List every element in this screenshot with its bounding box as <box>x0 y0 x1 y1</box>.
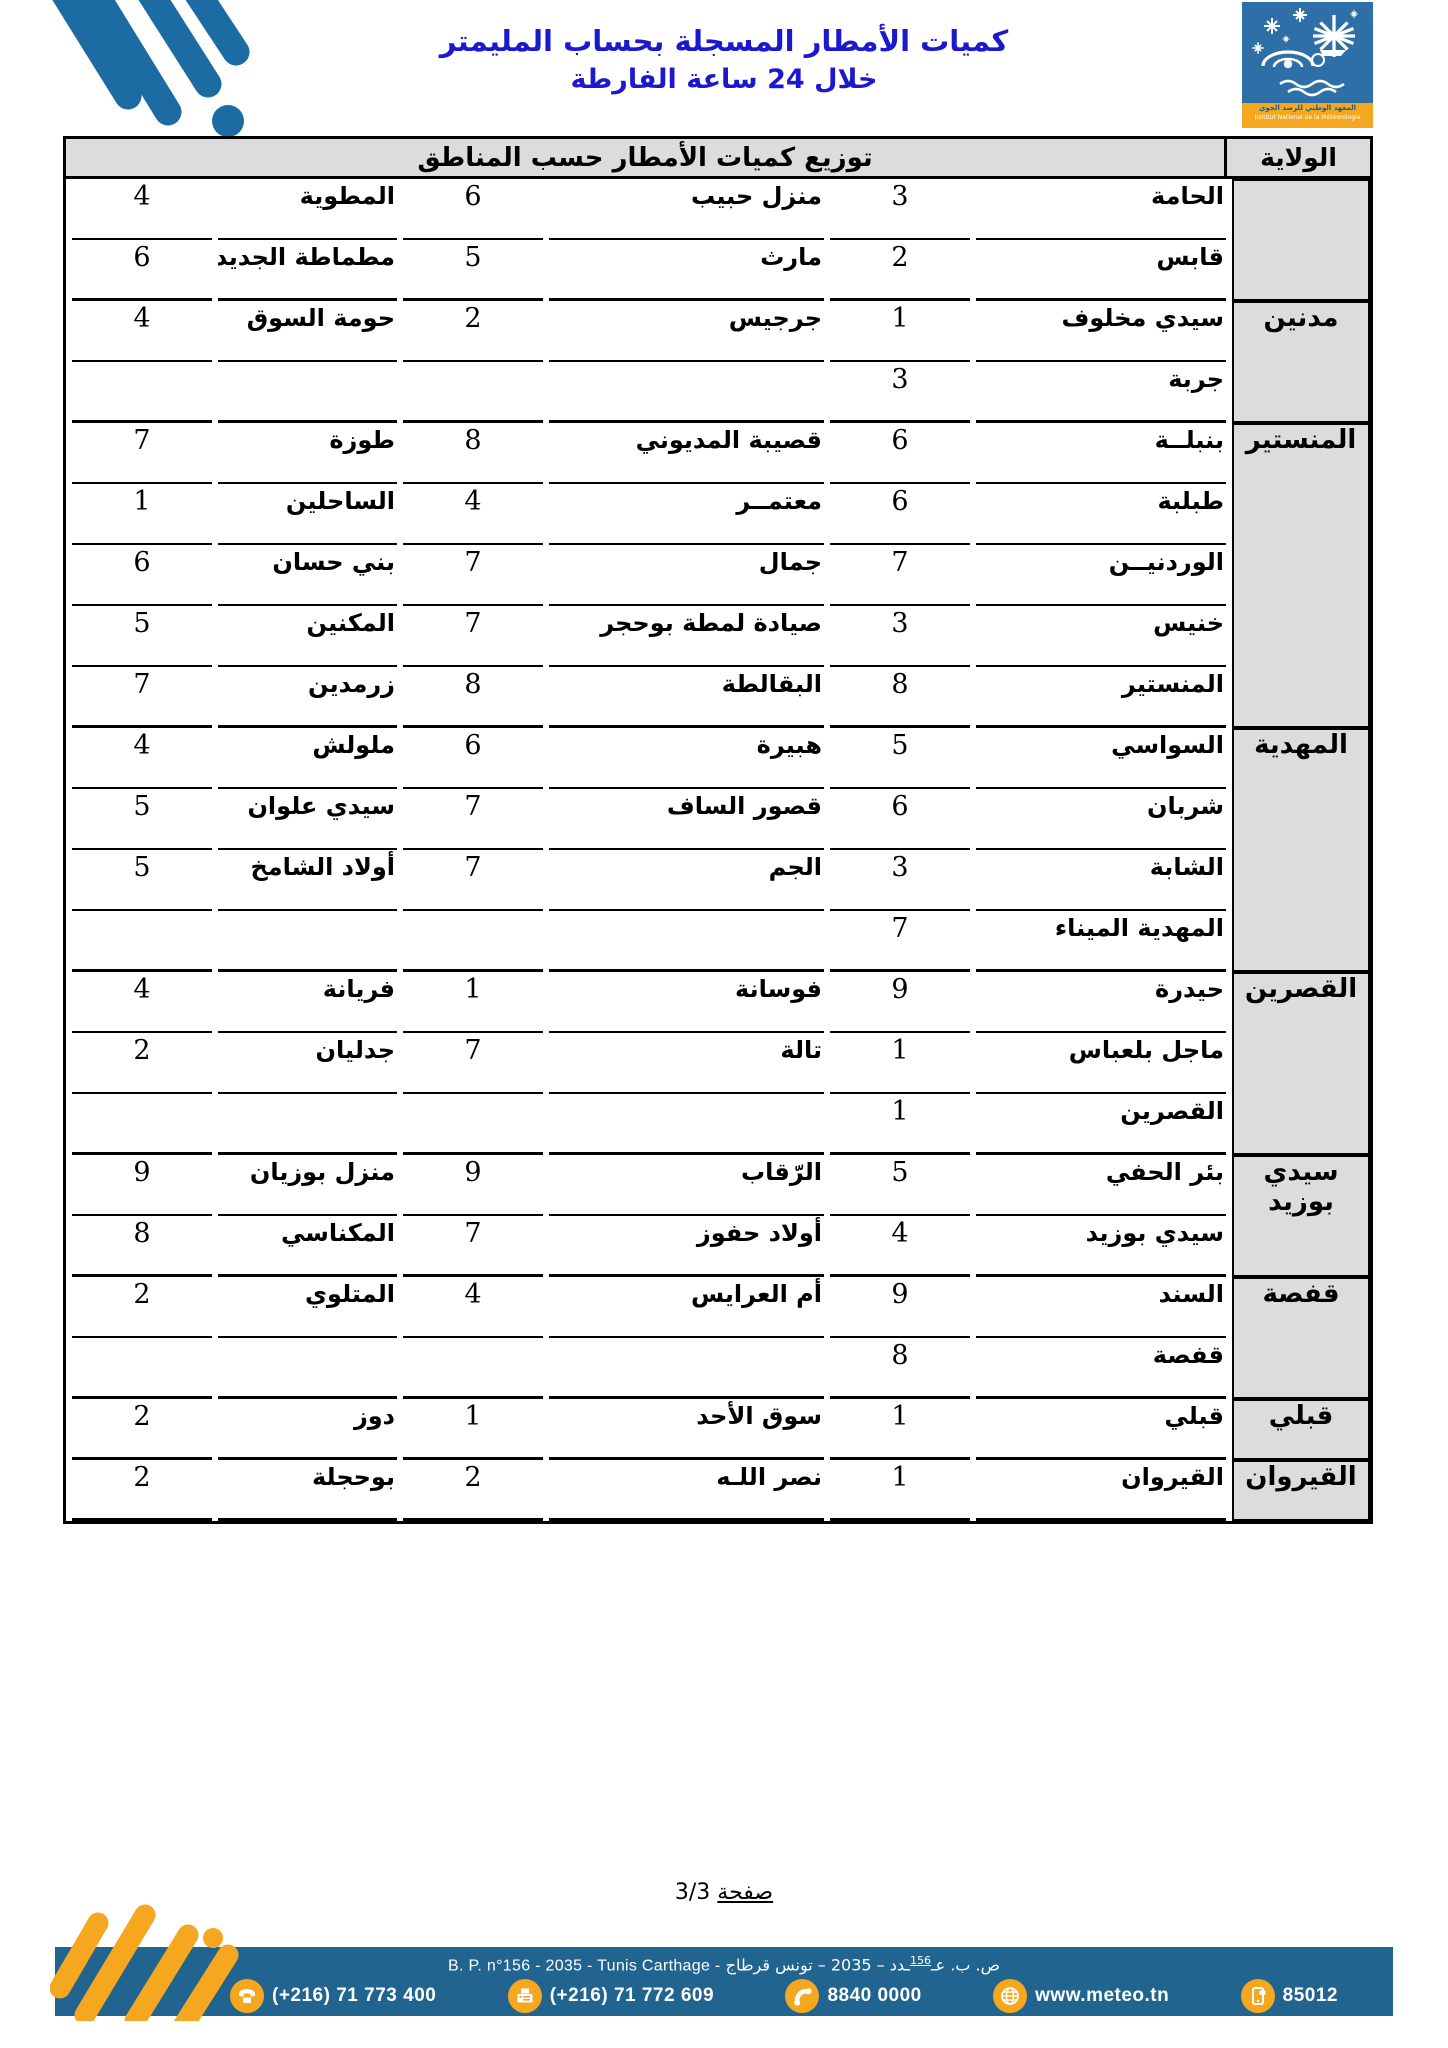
table-row: القيروانالقيروان1نصر اللـه2بوحجلة2 <box>72 1460 1370 1521</box>
contact-label: (+216) 71 772 609 <box>550 1985 714 2007</box>
page-title: كميات الأمطار المسجلة بحساب المليمتر خلا… <box>0 24 1448 95</box>
rain-value-cell: 2 <box>403 301 543 362</box>
station-name-cell: قفصة <box>976 1338 1226 1399</box>
rain-value-cell: 2 <box>830 240 970 301</box>
rain-value-cell: 5 <box>830 1155 970 1216</box>
wilaya-cell: المنستير <box>1232 423 1370 728</box>
rain-value-cell: 8 <box>403 667 543 728</box>
station-name-cell: نصر اللـه <box>549 1460 824 1521</box>
rain-value-cell <box>403 1338 543 1399</box>
rain-value-cell: 7 <box>403 545 543 606</box>
table-row: قابس2مارث5مطماطة الجديدة6 <box>72 240 1370 301</box>
station-name-cell: الساحلين <box>218 484 397 545</box>
table-row: المهديةالسواسي5هبيرة6ملولش4 <box>72 728 1370 789</box>
table-row: الشابة3الجم7أولاد الشامخ5 <box>72 850 1370 911</box>
station-name-cell: الرّقاب <box>549 1155 824 1216</box>
rain-value-cell: 1 <box>403 972 543 1033</box>
station-name-cell <box>218 911 397 972</box>
rain-value-cell: 1 <box>830 1460 970 1521</box>
station-name-cell: أولاد الشامخ <box>218 850 397 911</box>
station-name-cell: جرجيس <box>549 301 824 362</box>
rain-value-cell: 7 <box>403 1216 543 1277</box>
rain-value-cell: 7 <box>830 911 970 972</box>
station-name-cell: خنيس <box>976 606 1226 667</box>
table-row: القصرينحيدرة9فوسانة1فريانة4 <box>72 972 1370 1033</box>
station-name-cell: الحامة <box>976 179 1226 240</box>
station-name-cell: معتمــر <box>549 484 824 545</box>
rain-value-cell: 3 <box>830 850 970 911</box>
station-name-cell: ملولش <box>218 728 397 789</box>
rain-value-cell: 3 <box>830 362 970 423</box>
wilaya-cell: المهدية <box>1232 728 1370 972</box>
station-name-cell: بئر الحفي <box>976 1155 1226 1216</box>
station-name-cell: المنستير <box>976 667 1226 728</box>
table-row: مدنينسيدي مخلوف1جرجيس2حومة السوق4 <box>72 301 1370 362</box>
rain-value-cell: 6 <box>403 728 543 789</box>
rain-value-cell: 8 <box>72 1216 212 1277</box>
rain-value-cell: 4 <box>403 484 543 545</box>
station-name-cell <box>218 1094 397 1155</box>
table-row: شربان6قصور الساف7سيدي علوان5 <box>72 789 1370 850</box>
rainfall-data-grid: الحامة3منزل حبيب6المطوية4قابس2مارث5مطماط… <box>66 179 1376 1521</box>
station-name-cell <box>549 362 824 423</box>
station-name-cell: فوسانة <box>549 972 824 1033</box>
table-row: طبلبة6معتمــر4الساحلين1 <box>72 484 1370 545</box>
rain-value-cell: 9 <box>403 1155 543 1216</box>
station-name-cell: تالة <box>549 1033 824 1094</box>
table-row: قفصةالسند9أم العرايس4المتلوي2 <box>72 1277 1370 1338</box>
rain-value-cell: 5 <box>72 789 212 850</box>
rain-value-cell: 5 <box>830 728 970 789</box>
rain-value-cell: 1 <box>830 1399 970 1460</box>
rainfall-table: توزيع كميات الأمطار حسب المناطق الولاية … <box>63 136 1373 1524</box>
station-name-cell: السند <box>976 1277 1226 1338</box>
rain-value-cell: 9 <box>830 1277 970 1338</box>
station-name-cell: جدليان <box>218 1033 397 1094</box>
rain-value-cell: 1 <box>830 1033 970 1094</box>
wilaya-header-cell: الولاية <box>1224 139 1370 176</box>
station-name-cell: المتلوي <box>218 1277 397 1338</box>
rain-value-cell: 4 <box>830 1216 970 1277</box>
station-name-cell: سوق الأحد <box>549 1399 824 1460</box>
rain-value-cell: 7 <box>72 423 212 484</box>
station-name-cell <box>549 1094 824 1155</box>
table-header-row: توزيع كميات الأمطار حسب المناطق الولاية <box>66 139 1370 179</box>
table-row: المنستيربنبلــة6قصيبة المديوني8طوزة7 <box>72 423 1370 484</box>
station-name-cell: أم العرايس <box>549 1277 824 1338</box>
station-name-cell <box>218 362 397 423</box>
station-name-cell: الجم <box>549 850 824 911</box>
page-count: 3/3 <box>675 1880 710 1905</box>
inm-name-french: Institut National de la Météorologie <box>1242 113 1373 122</box>
rain-value-cell: 3 <box>830 606 970 667</box>
rain-value-cell <box>72 1094 212 1155</box>
station-name-cell: حومة السوق <box>218 301 397 362</box>
station-name-cell: حيدرة <box>976 972 1226 1033</box>
wilaya-cell: سيدي بوزيد <box>1232 1155 1370 1277</box>
station-name-cell: قبلي <box>976 1399 1226 1460</box>
station-name-cell: قصيبة المديوني <box>549 423 824 484</box>
rain-value-cell: 4 <box>403 1277 543 1338</box>
station-name-cell: ماجل بلعباس <box>976 1033 1226 1094</box>
rain-value-cell <box>403 362 543 423</box>
wilaya-cell <box>1232 179 1370 301</box>
telephone-icon <box>230 1979 264 2013</box>
station-name-cell: جربة <box>976 362 1226 423</box>
station-name-cell: منزل بوزيان <box>218 1155 397 1216</box>
contact-item: 85012 <box>1241 1979 1338 2013</box>
fax-icon <box>508 1979 542 2013</box>
handset-icon <box>785 1979 819 2013</box>
rain-value-cell: 5 <box>72 606 212 667</box>
wilaya-cell: قفصة <box>1232 1277 1370 1399</box>
station-name-cell: سيدي بوزيد <box>976 1216 1226 1277</box>
rain-value-cell: 4 <box>72 972 212 1033</box>
wilaya-cell: مدنين <box>1232 301 1370 423</box>
table-row: قفصة8 <box>72 1338 1370 1399</box>
station-name-cell: بنبلــة <box>976 423 1226 484</box>
rain-value-cell <box>72 362 212 423</box>
wilaya-cell: القصرين <box>1232 972 1370 1155</box>
table-row: سيدي بوزيد4أولاد حفوز7المكناسي8 <box>72 1216 1370 1277</box>
station-name-cell: سيدي علوان <box>218 789 397 850</box>
table-row: خنيس3صيادة لمطة بوحجر7المكنين5 <box>72 606 1370 667</box>
contact-item: www.meteo.tn <box>993 1979 1169 2013</box>
station-name-cell: السواسي <box>976 728 1226 789</box>
station-name-cell: طوزة <box>218 423 397 484</box>
sms-icon <box>1241 1979 1275 2013</box>
rain-value-cell: 5 <box>72 850 212 911</box>
station-name-cell: شربان <box>976 789 1226 850</box>
rain-value-cell: 1 <box>830 1094 970 1155</box>
contact-item: (+216) 71 773 400 <box>230 1979 436 2013</box>
page-number: صفحة 3/3 <box>0 1880 1448 1905</box>
contact-item: 8840 0000 <box>785 1979 921 2013</box>
station-name-cell: المكناسي <box>218 1216 397 1277</box>
rain-value-cell: 4 <box>72 301 212 362</box>
table-row: قبليقبلي1سوق الأحد1دوز2 <box>72 1399 1370 1460</box>
rain-value-cell <box>72 911 212 972</box>
rain-value-cell: 1 <box>403 1399 543 1460</box>
globe-icon <box>993 1979 1027 2013</box>
station-name-cell: قابس <box>976 240 1226 301</box>
rain-value-cell: 6 <box>72 545 212 606</box>
address-po-number: 156 <box>910 1954 931 1967</box>
rain-value-cell: 7 <box>403 850 543 911</box>
contact-label: 85012 <box>1283 1985 1338 2007</box>
rainfall-report-page: كميات الأمطار المسجلة بحساب المليمتر خلا… <box>0 0 1448 2048</box>
rain-value-cell: 8 <box>830 1338 970 1399</box>
rain-value-cell: 4 <box>72 728 212 789</box>
rain-value-cell: 9 <box>830 972 970 1033</box>
station-name-cell <box>549 1338 824 1399</box>
station-name-cell: بوحجلة <box>218 1460 397 1521</box>
rain-value-cell: 2 <box>72 1277 212 1338</box>
station-name-cell: أولاد حفوز <box>549 1216 824 1277</box>
table-row: القصرين1 <box>72 1094 1370 1155</box>
table-row: المهدية الميناء7 <box>72 911 1370 972</box>
rain-value-cell: 7 <box>830 545 970 606</box>
title-line-1: كميات الأمطار المسجلة بحساب المليمتر <box>0 24 1448 58</box>
table-row: الحامة3منزل حبيب6المطوية4 <box>72 179 1370 240</box>
station-name-cell: القيروان <box>976 1460 1226 1521</box>
address-latin: B. P. n°156 - 2035 - Tunis Carthage - <box>448 1957 720 1974</box>
station-name-cell: بني حسان <box>218 545 397 606</box>
inm-name-arabic: المعهد الوطني للرصد الجوي <box>1242 103 1373 113</box>
station-name-cell: الشابة <box>976 850 1226 911</box>
station-name-cell: المكنين <box>218 606 397 667</box>
wilaya-cell: قبلي <box>1232 1399 1370 1460</box>
inm-emblem-icon <box>1242 2 1373 103</box>
rain-value-cell: 2 <box>72 1460 212 1521</box>
table-row: سيدي بوزيدبئر الحفي5الرّقاب9منزل بوزيان9 <box>72 1155 1370 1216</box>
rain-value-cell: 6 <box>403 179 543 240</box>
inm-logo: المعهد الوطني للرصد الجوي Institut Natio… <box>1242 2 1373 128</box>
table-row: جربة3 <box>72 362 1370 423</box>
title-line-2: خلال 24 ساعة الفارطة <box>0 64 1448 95</box>
rain-value-cell <box>403 1094 543 1155</box>
station-name-cell: الوردنيــن <box>976 545 1226 606</box>
rain-value-cell: 7 <box>403 606 543 667</box>
rain-value-cell: 5 <box>403 240 543 301</box>
rain-value-cell: 7 <box>403 1033 543 1094</box>
page-word: صفحة <box>717 1880 773 1905</box>
contact-label: 8840 0000 <box>827 1985 921 2007</box>
station-name-cell: قصور الساف <box>549 789 824 850</box>
rain-value-cell <box>72 1338 212 1399</box>
rain-value-cell: 2 <box>72 1033 212 1094</box>
station-name-cell: جمال <box>549 545 824 606</box>
region-header-cell: توزيع كميات الأمطار حسب المناطق <box>66 139 1224 176</box>
rain-value-cell: 9 <box>72 1155 212 1216</box>
station-name-cell: هبيرة <box>549 728 824 789</box>
rain-value-cell: 6 <box>830 484 970 545</box>
footer-banner: ص. ب. عـ156ـدد – 2035 – تونس قرطاج B. P.… <box>55 1947 1393 2016</box>
station-name-cell: فريانة <box>218 972 397 1033</box>
address-arabic: ص. ب. عـ <box>931 1955 1000 1974</box>
rain-value-cell <box>403 911 543 972</box>
station-name-cell: المهدية الميناء <box>976 911 1226 972</box>
contact-label: www.meteo.tn <box>1035 1985 1169 2007</box>
rain-value-cell: 6 <box>72 240 212 301</box>
rain-value-cell: 2 <box>72 1399 212 1460</box>
rain-value-cell: 8 <box>403 423 543 484</box>
rain-value-cell: 1 <box>830 301 970 362</box>
station-name-cell: دوز <box>218 1399 397 1460</box>
table-row: الوردنيــن7جمال7بني حسان6 <box>72 545 1370 606</box>
rain-value-cell: 3 <box>830 179 970 240</box>
rain-value-cell: 1 <box>72 484 212 545</box>
station-name-cell: منزل حبيب <box>549 179 824 240</box>
station-name-cell: القصرين <box>976 1094 1226 1155</box>
inm-logo-banner: المعهد الوطني للرصد الجوي Institut Natio… <box>1242 103 1373 128</box>
address-arabic-tail: ـدد – 2035 – تونس قرطاج <box>726 1955 910 1974</box>
footer-address: ص. ب. عـ156ـدد – 2035 – تونس قرطاج B. P.… <box>55 1947 1393 1975</box>
rain-value-cell: 8 <box>830 667 970 728</box>
station-name-cell: مطماطة الجديدة <box>218 240 397 301</box>
station-name-cell: المطوية <box>218 179 397 240</box>
wilaya-cell: القيروان <box>1232 1460 1370 1521</box>
table-row: المنستير8البقالطة8زرمدين7 <box>72 667 1370 728</box>
station-name-cell <box>549 911 824 972</box>
rain-value-cell: 7 <box>72 667 212 728</box>
contact-strip: (+216) 71 773 400(+216) 71 772 6098840 0… <box>55 1975 1393 2013</box>
station-name-cell: مارث <box>549 240 824 301</box>
table-row: ماجل بلعباس1تالة7جدليان2 <box>72 1033 1370 1094</box>
station-name-cell: سيدي مخلوف <box>976 301 1226 362</box>
rain-value-cell: 6 <box>830 423 970 484</box>
rain-value-cell: 2 <box>403 1460 543 1521</box>
station-name-cell: البقالطة <box>549 667 824 728</box>
station-name-cell: زرمدين <box>218 667 397 728</box>
station-name-cell <box>218 1338 397 1399</box>
contact-label: (+216) 71 773 400 <box>272 1985 436 2007</box>
rain-value-cell: 6 <box>830 789 970 850</box>
station-name-cell: طبلبة <box>976 484 1226 545</box>
rain-table-body: الحامة3منزل حبيب6المطوية4قابس2مارث5مطماط… <box>72 179 1370 1521</box>
station-name-cell: صيادة لمطة بوحجر <box>549 606 824 667</box>
rain-value-cell: 4 <box>72 179 212 240</box>
rain-value-cell: 7 <box>403 789 543 850</box>
contact-item: (+216) 71 772 609 <box>508 1979 714 2013</box>
